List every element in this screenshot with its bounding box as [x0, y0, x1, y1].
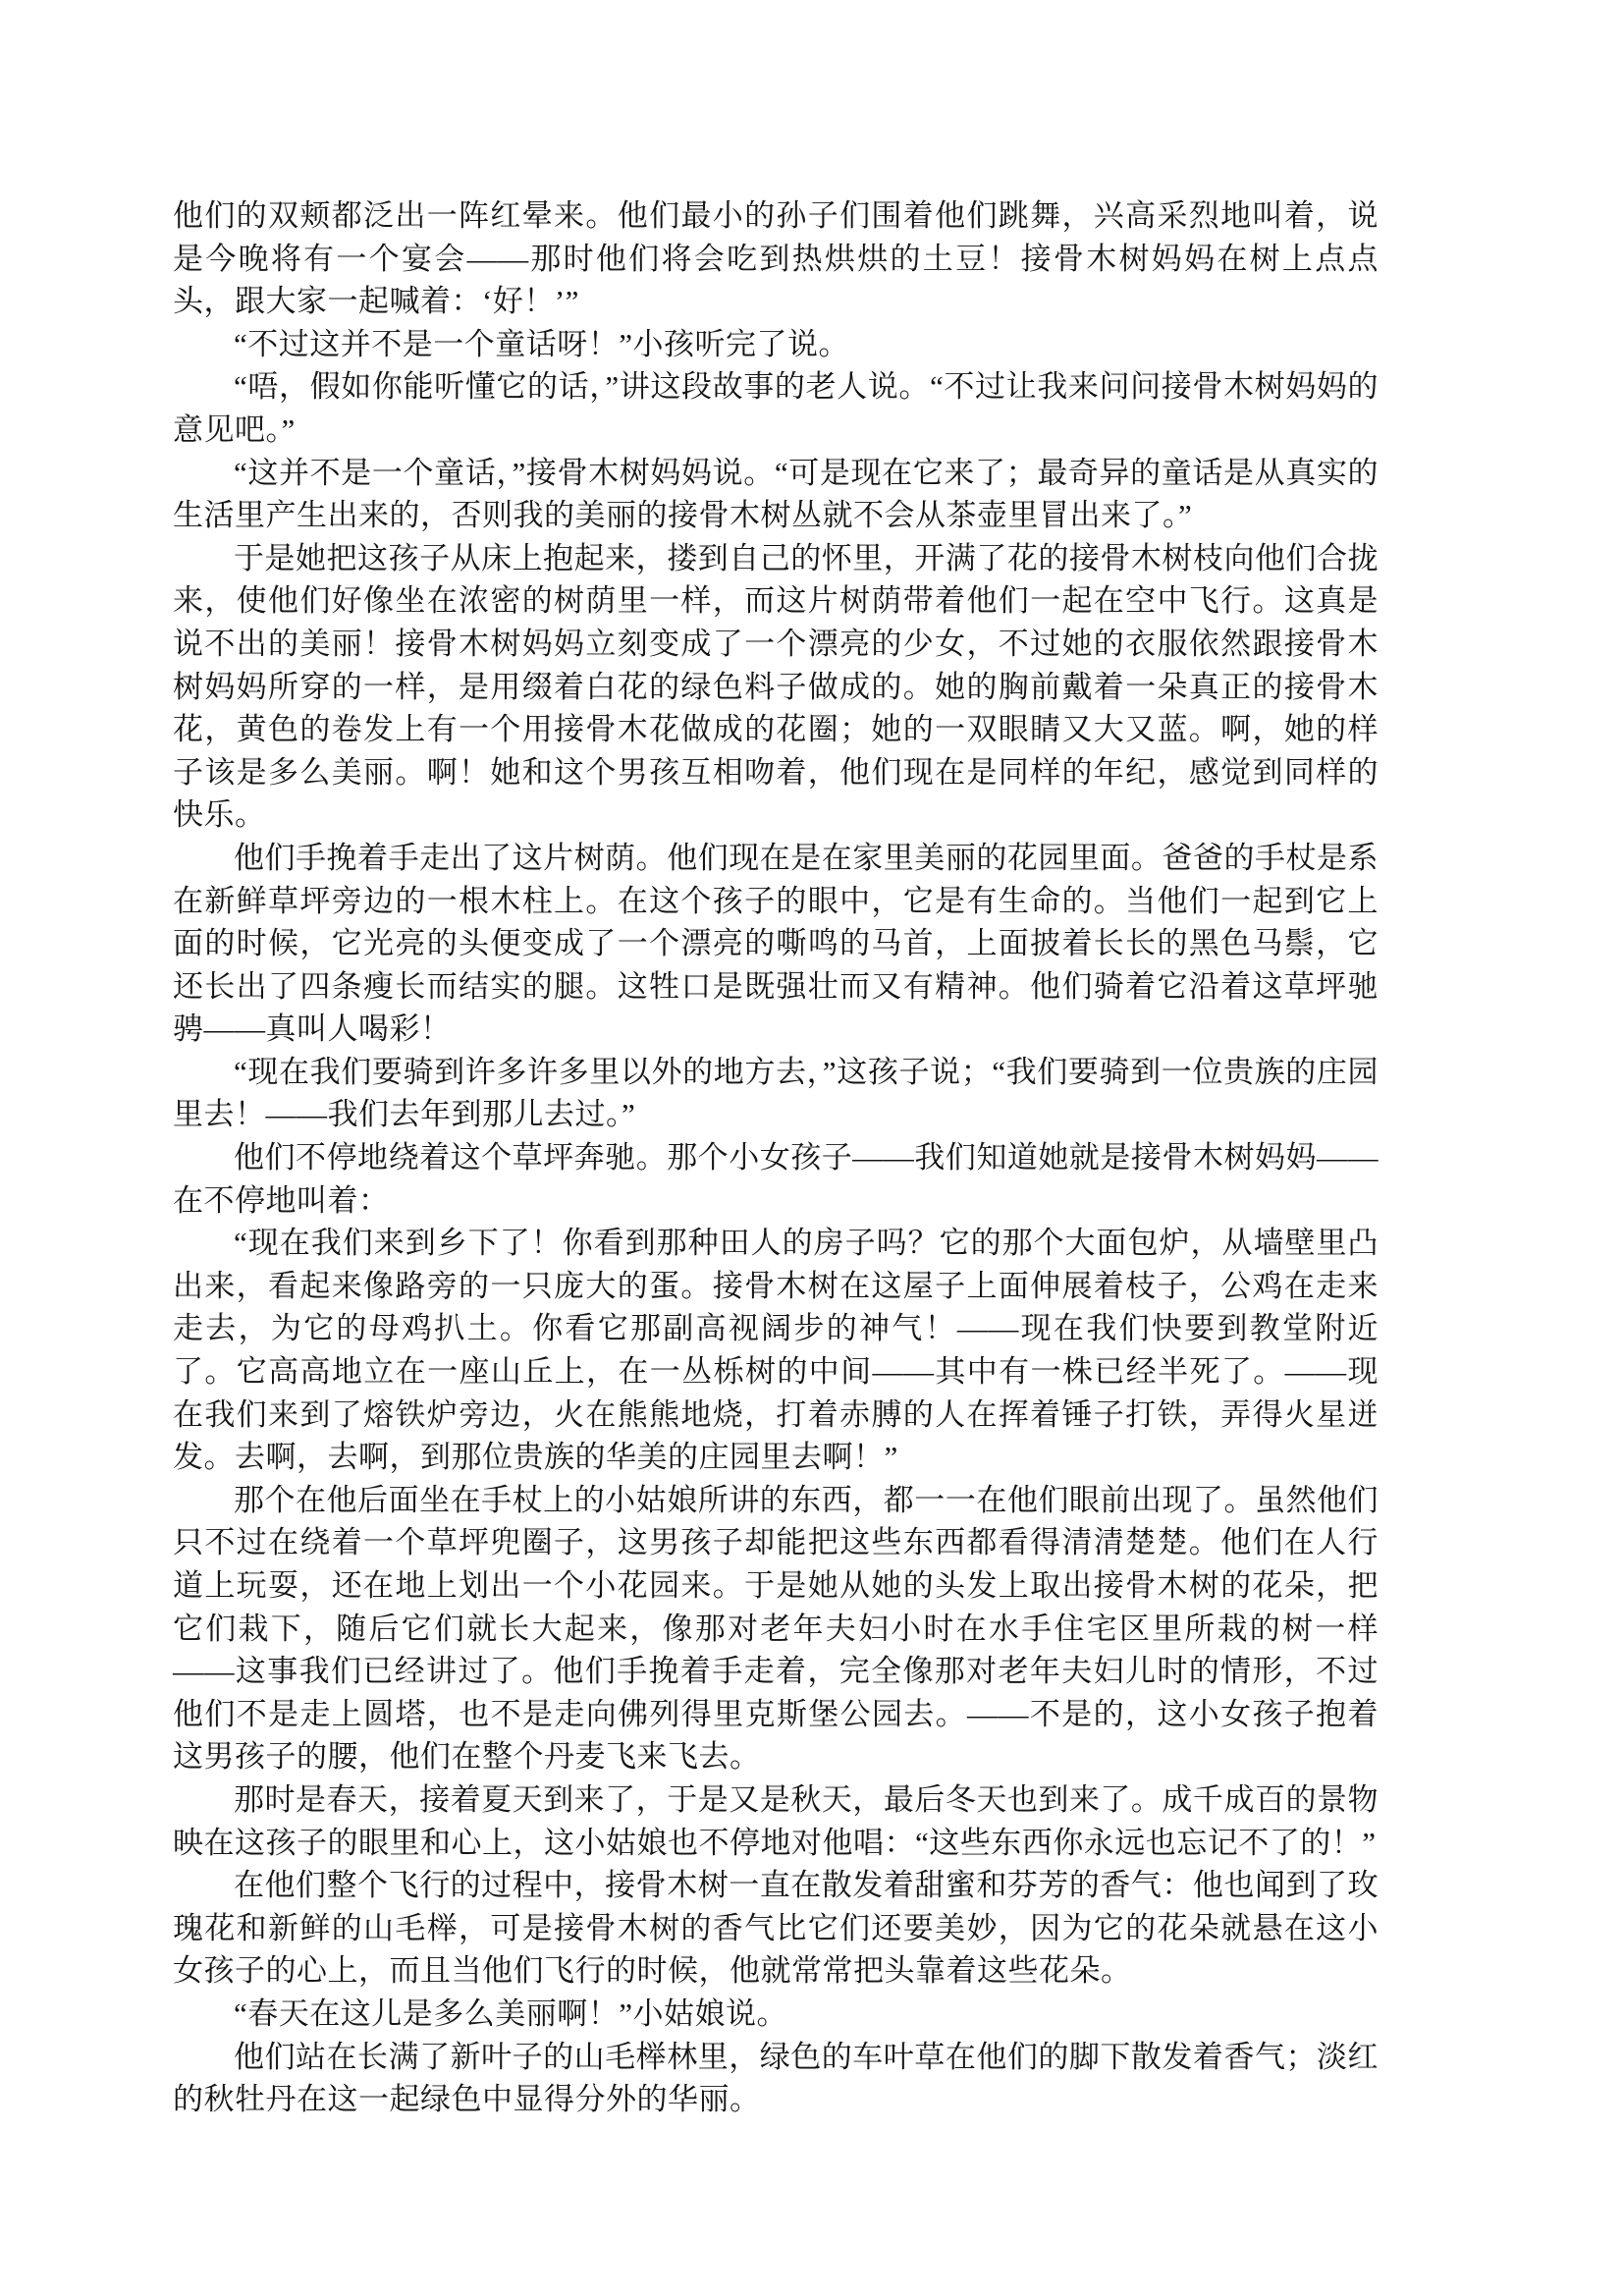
story-paragraph: 他们的双颊都泛出一阵红晕来。他们最小的孙子们围着他们跳舞，兴高采烈地叫着，说是今… — [173, 194, 1379, 323]
story-paragraph: “现在我们来到乡下了！你看到那种田人的房子吗？它的那个大面包炉，从墙壁里凸出来，… — [173, 1222, 1379, 1479]
story-paragraph: 他们站在长满了新叶子的山毛榉林里，绿色的车叶草在他们的脚下散发着香气；淡红的秋牡… — [173, 2036, 1379, 2121]
story-paragraph: 于是她把这孩子从床上抱起来，搂到自己的怀里，开满了花的接骨木树枝向他们合拢来，使… — [173, 537, 1379, 837]
story-paragraph: 在他们整个飞行的过程中，接骨木树一直在散发着甜蜜和芬芳的香气：他也闻到了玫瑰花和… — [173, 1864, 1379, 1993]
story-paragraph: 那时是春天，接着夏天到来了，于是又是秋天，最后冬天也到来了。成千成百的景物映在这… — [173, 1778, 1379, 1864]
story-paragraph: “唔，假如你能听懂它的话，”讲这段故事的老人说。“不过让我来问问接骨木树妈妈的意… — [173, 365, 1379, 451]
story-paragraph: “这并不是一个童话，”接骨木树妈妈说。“可是现在它来了；最奇异的童话是从真实的生… — [173, 452, 1379, 537]
story-paragraph: “不过这并不是一个童话呀！”小孩听完了说。 — [173, 323, 1379, 366]
story-paragraph: 他们不停地绕着这个草坪奔驰。那个小女孩子——我们知道她就是接骨木树妈妈——在不停… — [173, 1136, 1379, 1222]
document-page: 他们的双颊都泛出一阵红晕来。他们最小的孙子们围着他们跳舞，兴高采烈地叫着，说是今… — [0, 0, 1623, 2296]
story-paragraph: “现在我们要骑到许多许多里以外的地方去，”这孩子说；“我们要骑到一位贵族的庄园里… — [173, 1051, 1379, 1136]
story-paragraph: “春天在这儿是多么美丽啊！”小姑娘说。 — [173, 1993, 1379, 2036]
story-paragraph: 那个在他后面坐在手杖上的小姑娘所讲的东西，都一一在他们眼前出现了。虽然他们只不过… — [173, 1479, 1379, 1778]
story-paragraph: 他们手挽着手走出了这片树荫。他们现在是在家里美丽的花园里面。爸爸的手杖是系在新鲜… — [173, 837, 1379, 1051]
story-text-block: 他们的双颊都泛出一阵红晕来。他们最小的孙子们围着他们跳舞，兴高采烈地叫着，说是今… — [173, 194, 1379, 2121]
